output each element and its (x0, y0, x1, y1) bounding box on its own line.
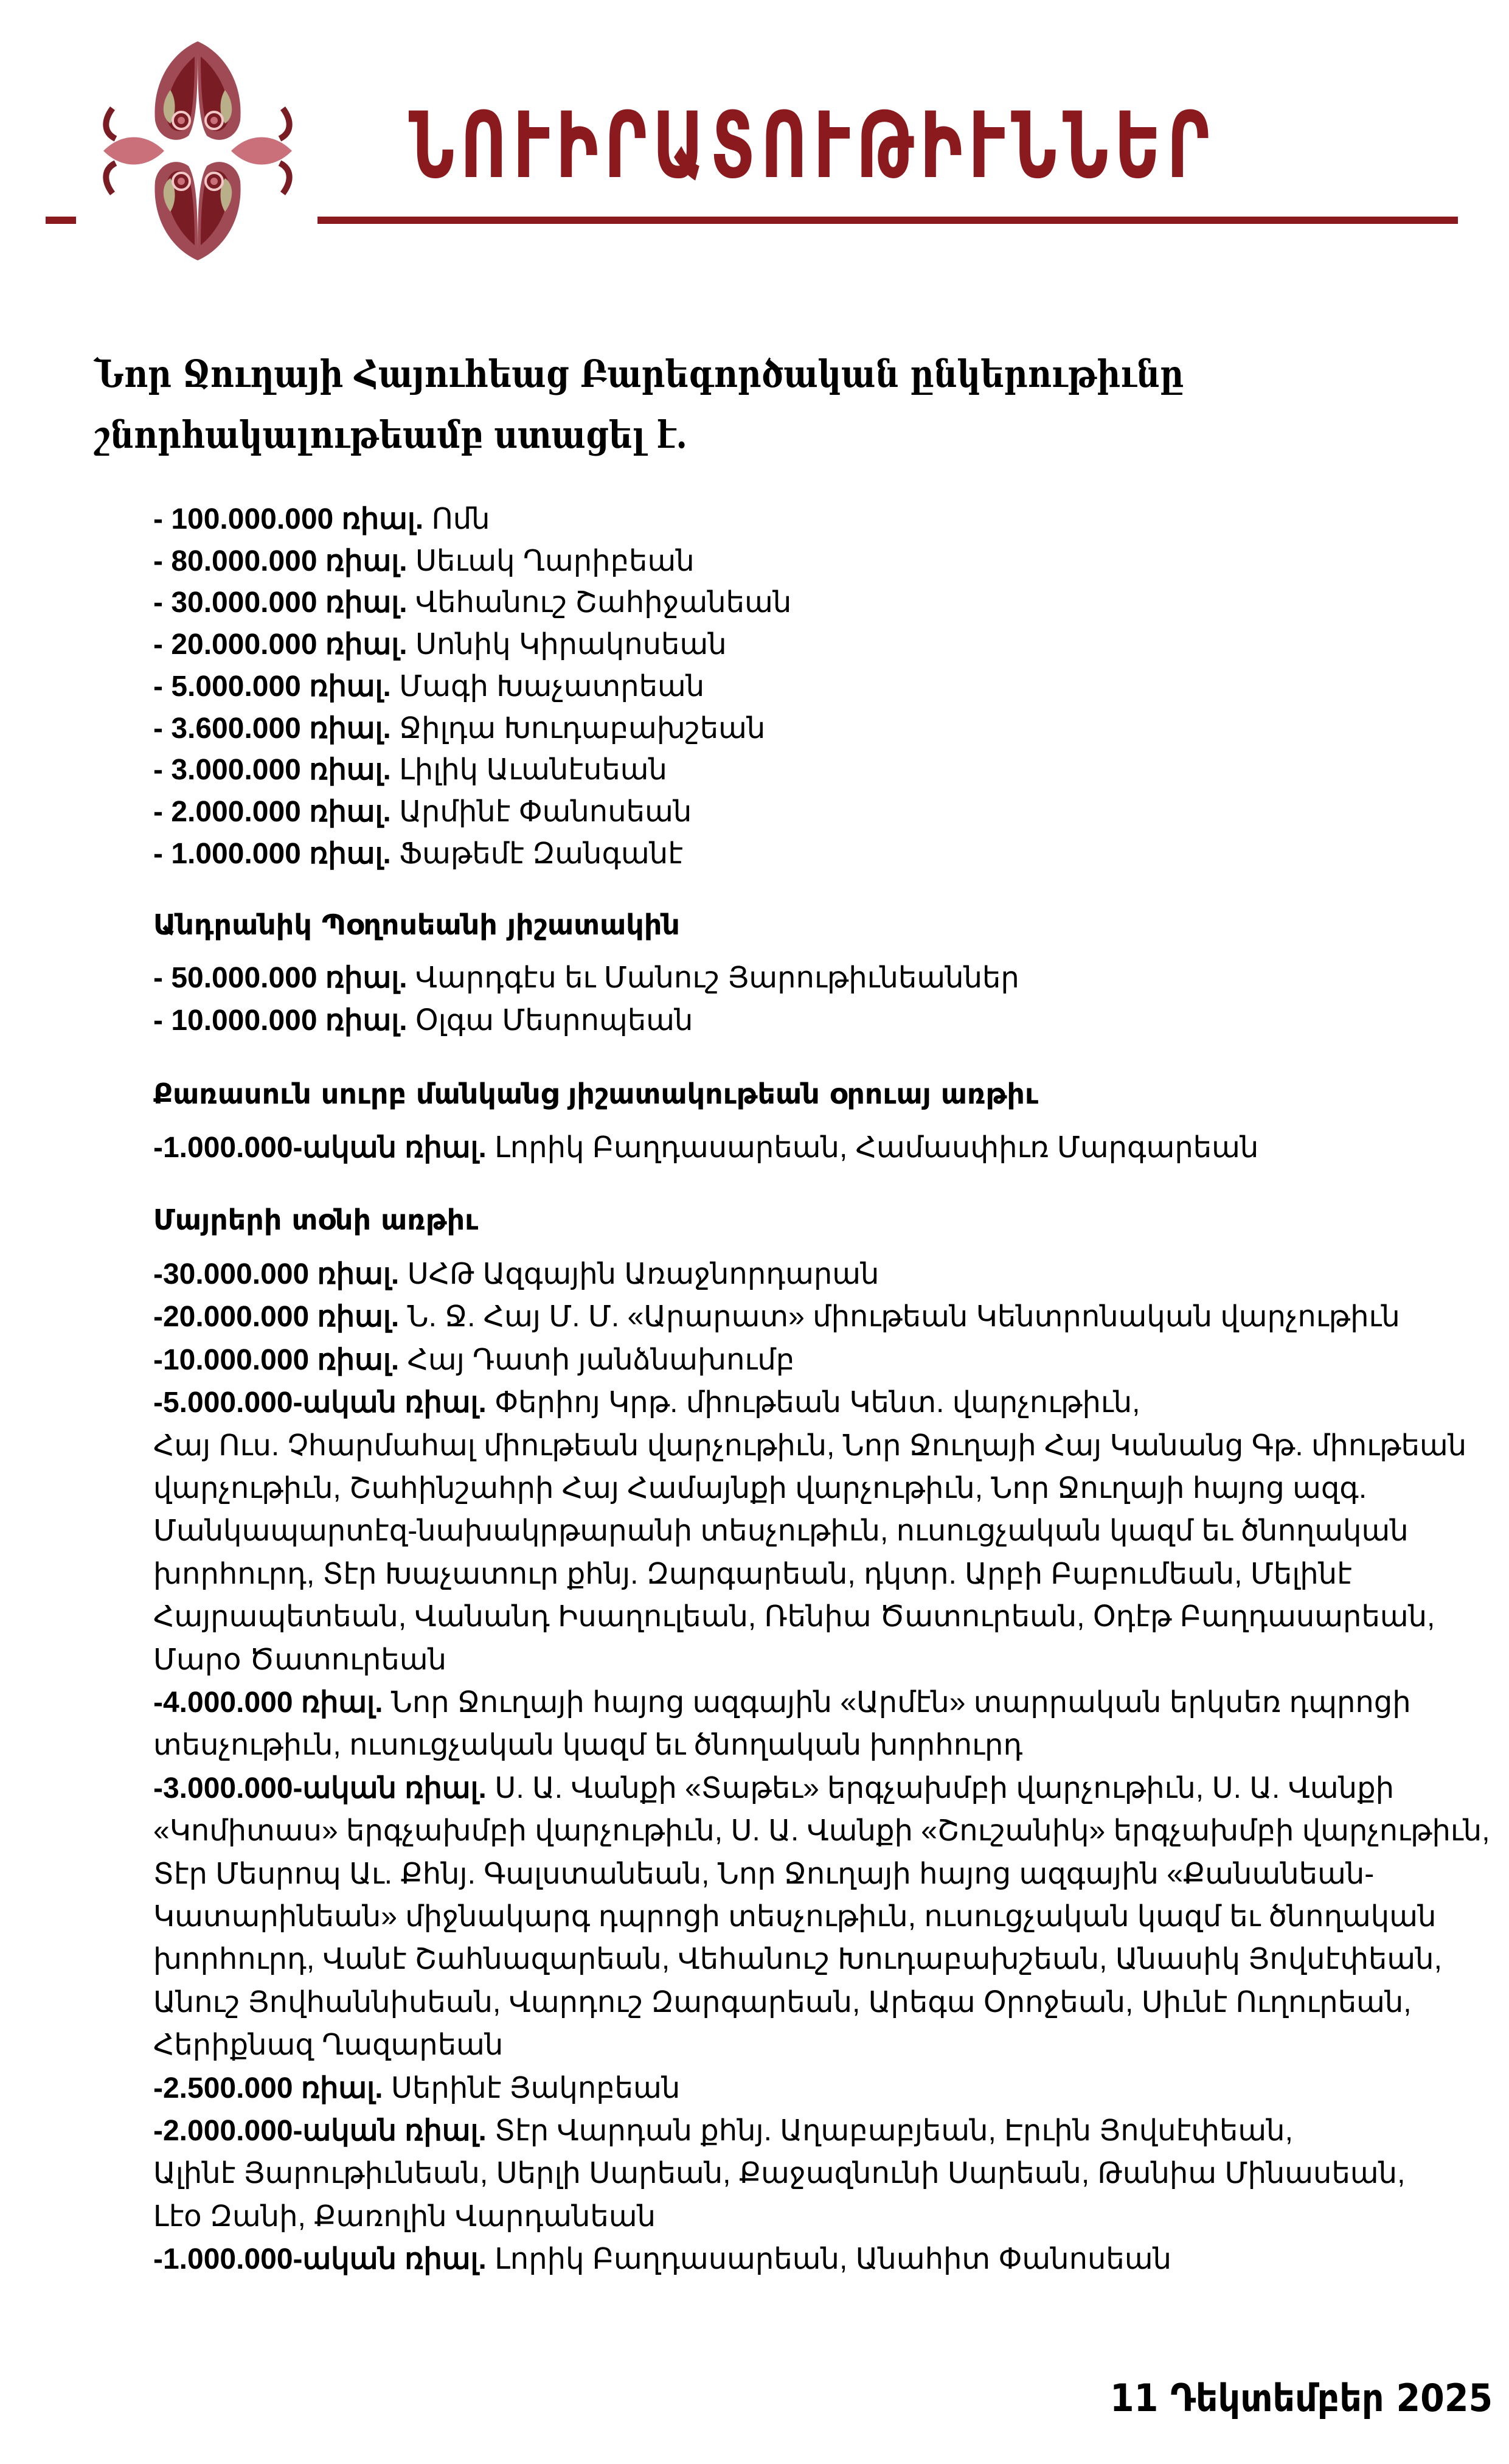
donation-line: Հայրապետեան, Վանանդ Իսաղուլեան, Ռենիա Ծա… (153, 1599, 1435, 1635)
donation-line: -1.000.000-ական ռիալ. Լորիկ Բաղդասարեան,… (153, 2241, 1171, 2278)
donation-amount: - 50.000.000 ռիալ. (153, 962, 408, 994)
donation-line: Կատարինեան» միջնակարգ դպրոցի տեսչութիւն,… (153, 1899, 1436, 1935)
donation-line: -4.000.000 ռիալ. Նոր Ջուղայի հայոց ազգայ… (153, 1685, 1411, 1721)
donor-names: Լորիկ Բաղդասարեան, Համասփիւռ Մարգարեան (487, 1132, 1258, 1164)
header-rule-left (46, 217, 76, 224)
donation-line: -2.000.000-ական ռիալ. Տէր Վարդան քհնյ. Ա… (153, 2113, 1293, 2149)
donor-names: Փերիոյ Կրթ. միութեան Կենտ. վարչութիւն, (487, 1387, 1140, 1419)
donation-amount: -10.000.000 ռիալ. (153, 1344, 399, 1376)
donation-line: -30.000.000 ռիալ. ՍՀԹ Ազգային Առաջնորդար… (153, 1256, 879, 1293)
section-title-forty-martyrs: Քառասուն սուրբ մանկանց յիշատակութեան օրո… (153, 1076, 1038, 1112)
donation-amount: -1.000.000-ական ռիալ. (153, 1132, 487, 1164)
donation-amount: -20.000.000 ռիալ. (153, 1301, 399, 1333)
donor-names: Կատարինեան» միջնակարգ դպրոցի տեսչութիւն,… (153, 1901, 1436, 1933)
donation-line: - 3.600.000 ռիալ. Ջիլդա Խուդաբախշեան (153, 711, 765, 747)
donor-names: Սերինէ Յակոբեան (383, 2072, 681, 2104)
donor-names: ՍՀԹ Ազգային Առաջնորդարան (399, 1258, 879, 1290)
donation-line: Ալինէ Յարութիւնեան, Սերլի Սարեան, Քաջազն… (153, 2156, 1405, 2192)
banner-title: ՆՈՒԻՐԱՏՈՒԹԻՒՆՆԵՐ (409, 91, 1215, 201)
donation-line: -10.000.000 ռիալ. Հայ Դատի յանձնախումբ (153, 1342, 794, 1379)
donation-line: Մանկապարտէզ-նախակրթարանի տեսչութիւն, ուս… (153, 1513, 1409, 1550)
donation-line: Հերիքնազ Ղազարեան (153, 2027, 503, 2064)
donor-names: Ս. Ա. Վանքի «Տաթեւ» երգչախմբի վարչութիւն… (487, 1772, 1394, 1804)
donation-amount: -2.500.000 ռիալ. (153, 2072, 383, 2104)
donation-line: վարչութիւն, Շահինշահրի Հայ Համայնքի վարչ… (153, 1470, 1367, 1507)
donation-line: տեսչութիւն, ուսուցչական կազմ եւ ծնողական… (153, 1727, 1022, 1764)
donor-names: տեսչութիւն, ուսուցչական կազմ եւ ծնողական… (153, 1729, 1022, 1761)
donation-line: Մարօ Ծատուրեան (153, 1642, 446, 1679)
donation-amount: - 2.000.000 ռիալ. (153, 796, 391, 828)
donation-line: Լէօ Զանի, Քառոլին Վարդանեան (153, 2199, 656, 2235)
donor-names: Ջիլդա Խուդաբախշեան (391, 712, 765, 745)
publication-date: 11 Դեկտեմբեր 2025 (1110, 2374, 1493, 2423)
donation-amount: -5.000.000-ական ռիալ. (153, 1387, 487, 1419)
donation-amount: -4.000.000 ռիալ. (153, 1686, 383, 1719)
donation-line: - 30.000.000 ռիալ. Վեհանուշ Շահիջանեան (153, 585, 791, 621)
donor-names: Հայրապետեան, Վանանդ Իսաղուլեան, Ռենիա Ծա… (153, 1601, 1435, 1633)
donation-line: - 50.000.000 ռիալ. Վարդգէս եւ Մանուշ Յար… (153, 960, 1019, 997)
header-rule (317, 217, 1458, 224)
donation-amount: - 100.000.000 ռիալ. (153, 503, 423, 535)
donor-names: Սոնիկ Կիրակոսեան (408, 628, 727, 661)
donation-amount: - 30.000.000 ռիալ. (153, 586, 408, 619)
ornament-logo-icon (79, 29, 316, 273)
donation-line: Տէր Մեսրոպ Աւ. Քհնյ. Գալստանեան, Նոր Ջու… (153, 1856, 1374, 1893)
donor-names: Հայ Ուս. Չհարմահալ միութեան վարչութիւն, … (153, 1430, 1466, 1462)
donor-names: Մագի Խաչատրեան (391, 670, 704, 703)
donor-names: Օլգա Մեսրոպեան (408, 1004, 693, 1037)
donation-line: «Կոմիտաս» երգչախմբի վարչութիւն, Ս. Ա. Վա… (153, 1813, 1490, 1850)
donation-line: -20.000.000 ռիալ. Ն. Ջ. Հայ Մ. Մ. «Արարա… (153, 1299, 1400, 1335)
donor-names: Տէր Մեսրոպ Աւ. Քհնյ. Գալստանեան, Նոր Ջու… (153, 1858, 1374, 1890)
donation-line: - 5.000.000 ռիալ. Մագի Խաչատրեան (153, 669, 704, 705)
donor-names: Լորիկ Բաղդասարեան, Անահիտ Փանոսեան (487, 2243, 1171, 2275)
donation-amount: - 20.000.000 ռիալ. (153, 628, 408, 661)
donor-names: Տէր Վարդան քհնյ. Աղաբաբյեան, Էրւին Յովսէ… (487, 2115, 1293, 2147)
donation-line: - 2.000.000 ռիալ. Արմինէ Փանոսեան (153, 794, 692, 830)
donor-names: Ալինէ Յարութիւնեան, Սերլի Սարեան, Քաջազն… (153, 2157, 1405, 2190)
donation-amount: -1.000.000-ական ռիալ. (153, 2243, 487, 2275)
donation-amount: -2.000.000-ական ռիալ. (153, 2115, 487, 2147)
donor-names: Հայ Դատի յանձնախումբ (399, 1344, 794, 1376)
donor-names: Ն. Ջ. Հայ Մ. Մ. «Արարատ» միութեան Կենտրո… (399, 1301, 1400, 1333)
donor-names: Նոր Ջուղայի հայոց ազգային «Արմէն» տարրակ… (383, 1686, 1411, 1719)
donation-line: խորհուրդ, Տէր Խաչատուր քհնյ. Զարգարեան, … (153, 1556, 1352, 1593)
intro-line-1: Նոր Ջուղայի Հայուհեաց Բարեգործական ընկեր… (94, 344, 1184, 405)
donation-amount: - 3.000.000 ռիալ. (153, 754, 391, 786)
donor-names: Ֆաթեմէ Զանգանէ (391, 838, 683, 870)
section-title-mothers-day: Մայրերի տօնի առթիւ (153, 1202, 478, 1238)
donor-names: Վեհանուշ Շահիջանեան (408, 586, 792, 619)
donation-amount: -30.000.000 ռիալ. (153, 1258, 399, 1290)
donation-line: -2.500.000 ռիալ. Սերինէ Յակոբեան (153, 2070, 680, 2107)
donation-amount: - 10.000.000 ռիալ. (153, 1004, 408, 1037)
donation-line: - 1.000.000 ռիալ. Ֆաթեմէ Զանգանէ (153, 836, 683, 872)
donation-line: - 3.000.000 ռիալ. Լիլիկ Աւանէսեան (153, 752, 667, 788)
donation-amount: - 3.600.000 ռիալ. (153, 712, 391, 745)
donor-names: Լէօ Զանի, Քառոլին Վարդանեան (153, 2201, 656, 2233)
donor-names: Արմինէ Փանոսեան (391, 796, 692, 828)
donation-line: - 20.000.000 ռիալ. Սոնիկ Կիրակոսեան (153, 627, 727, 663)
donation-line: -1.000.000-ական ռիալ. Լորիկ Բաղդասարեան,… (153, 1130, 1258, 1166)
donor-names: խորհուրդ, Տէր Խաչատուր քհնյ. Զարգարեան, … (153, 1558, 1352, 1590)
donation-amount: - 5.000.000 ռիալ. (153, 670, 391, 703)
donor-names: Սեւակ Ղարիբեան (408, 545, 695, 577)
intro-line-2: շնորհակալութեամբ ստացել է. (94, 405, 687, 465)
donor-names: Հերիքնազ Ղազարեան (153, 2029, 503, 2061)
donation-line: խորհուրդ, Վանէ Շահնազարեան, Վեհանուշ Խու… (153, 1941, 1442, 1978)
donation-line: Հայ Ուս. Չհարմահալ միութեան վարչութիւն, … (153, 1428, 1466, 1464)
donation-amount: -3.000.000-ական ռիալ. (153, 1772, 487, 1804)
donor-names: Ոմն (423, 503, 490, 535)
donor-names: վարչութիւն, Շահինշահրի Հայ Համայնքի վարչ… (153, 1472, 1367, 1505)
donor-names: խորհուրդ, Վանէ Շահնազարեան, Վեհանուշ Խու… (153, 1943, 1442, 1975)
donation-line: - 100.000.000 ռիալ. Ոմն (153, 501, 490, 538)
donation-line: Անուշ Յովհաննիսեան, Վարդուշ Զարգարեան, Ա… (153, 1985, 1412, 2021)
donor-names: Մանկապարտէզ-նախակրթարանի տեսչութիւն, ուս… (153, 1515, 1409, 1547)
donation-amount: - 1.000.000 ռիալ. (153, 838, 391, 870)
donation-amount: - 80.000.000 ռիալ. (153, 545, 408, 577)
donor-names: Լիլիկ Աւանէսեան (391, 754, 667, 786)
donor-names: Մարօ Ծատուրեան (153, 1644, 446, 1676)
donor-names: Անուշ Յովհաննիսեան, Վարդուշ Զարգարեան, Ա… (153, 1986, 1412, 2019)
donation-line: - 80.000.000 ռիալ. Սեւակ Ղարիբեան (153, 543, 695, 580)
donation-line: - 10.000.000 ռիալ. Օլգա Մեսրոպեան (153, 1003, 693, 1039)
donation-line: -5.000.000-ական ռիալ. Փերիոյ Կրթ. միութե… (153, 1385, 1140, 1421)
donation-line: -3.000.000-ական ռիալ. Ս. Ա. Վանքի «Տաթեւ… (153, 1770, 1394, 1807)
section-title-andranik: Անդրանիկ Պօղոսեանի յիշատակին (153, 907, 680, 943)
donor-names: Վարդգէս եւ Մանուշ Յարութիւնեաններ (408, 962, 1019, 994)
donor-names: «Կոմիտաս» երգչախմբի վարչութիւն, Ս. Ա. Վա… (153, 1815, 1490, 1847)
